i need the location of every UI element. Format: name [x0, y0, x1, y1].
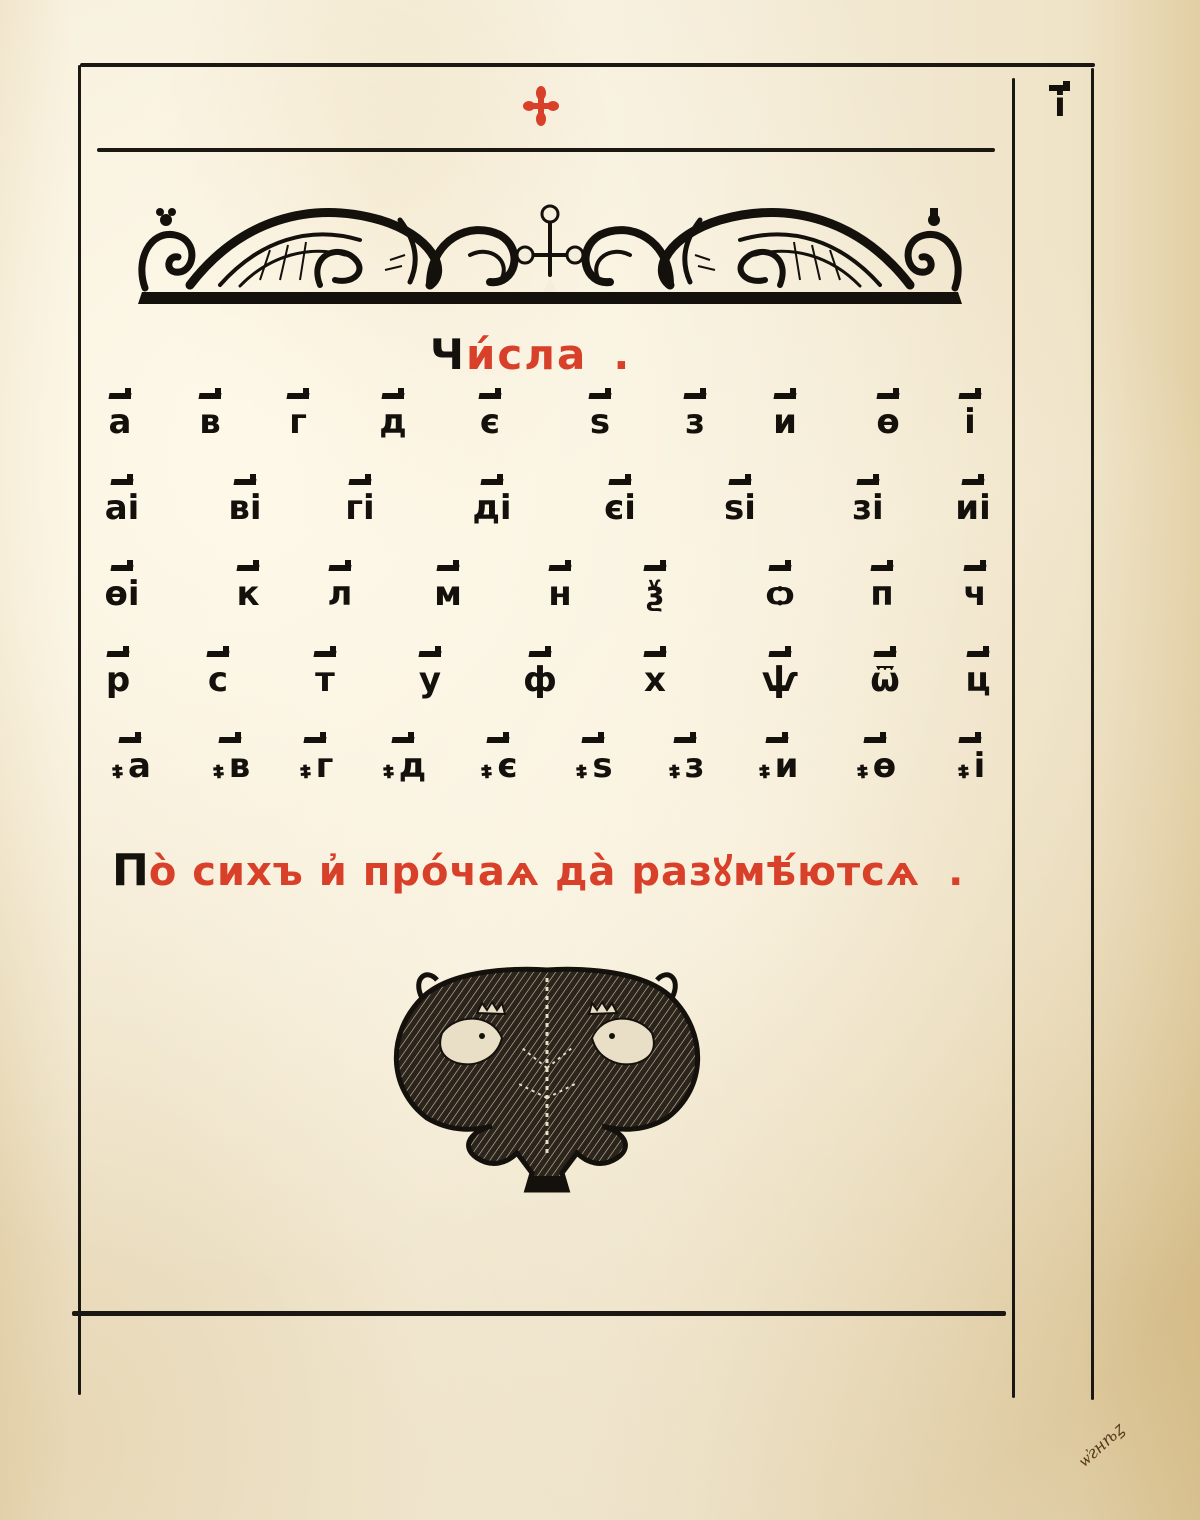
titlo-mark: [644, 560, 666, 574]
numeral-cell: ѳ: [853, 388, 923, 442]
numeral-cell: в: [175, 388, 245, 442]
numeral-cell: ѱ: [745, 646, 815, 700]
titlo-mark: [237, 560, 259, 574]
numeral-row-thousands: ҂а ҂в ҂г ҂д ҂є ҂ѕ ҂з ҂и ҂ѳ ҂і: [95, 732, 995, 818]
numeral-cell: р: [83, 646, 153, 700]
numeral-row-hundreds: р с т у ф х ѱ ѿ ц: [95, 646, 995, 732]
numeral-cell: ҂г: [280, 732, 350, 786]
rubric-line: По̀ сихъ и҆ про́чаѧ да̀ разꙋмѣ́ютсѧ.: [112, 842, 963, 897]
rubric-initial: П: [112, 845, 149, 896]
titlo-mark: [774, 388, 796, 402]
frame-right-outer-rule: [1091, 68, 1094, 1400]
numeral-cell: г: [263, 388, 333, 442]
numeral-cell: иі: [938, 474, 1008, 528]
titlo-mark: [437, 560, 459, 574]
titlo-mark: [582, 732, 604, 746]
titlo-mark: [769, 560, 791, 574]
numeral-cell: д: [358, 388, 428, 442]
titlo-mark: [766, 732, 788, 746]
rubric-text: о̀ сихъ и҆ про́чаѧ да̀ разꙋмѣ́ютсѧ: [149, 849, 920, 895]
numeral-cell: ві: [210, 474, 280, 528]
titlo-mark: [609, 474, 631, 488]
titlo-mark: [119, 732, 141, 746]
titlo-mark: [329, 560, 351, 574]
header-rule: [97, 148, 995, 152]
page-number: і: [1040, 78, 1080, 122]
page-number-glyph: і: [1054, 85, 1066, 125]
numeral-cell: м: [413, 560, 483, 614]
titlo-mark: [234, 474, 256, 488]
titlo-mark: [419, 646, 441, 660]
titlo-mark: [959, 732, 981, 746]
titlo-mark: [967, 646, 989, 660]
titlo-mark: [684, 388, 706, 402]
numeral-cell: ҂в: [195, 732, 265, 786]
numeral-cell: ѿ: [850, 646, 920, 700]
titlo-mark: [769, 646, 791, 660]
titlo-mark: [207, 646, 229, 660]
red-cross-icon: [523, 86, 559, 126]
numeral-cell: с: [183, 646, 253, 700]
numeral-cell: ф: [505, 646, 575, 700]
numeral-cell: ҂д: [368, 732, 438, 786]
titlo-mark: [529, 646, 551, 660]
titlo-mark: [549, 560, 571, 574]
frame-right-inner-rule: [1012, 78, 1015, 1398]
numeral-cell: є: [455, 388, 525, 442]
tailpiece-ornament: [382, 958, 712, 1208]
titlo-mark: [479, 388, 501, 402]
titlo-mark: [109, 388, 131, 402]
numeral-cell: л: [305, 560, 375, 614]
numeral-cell: у: [395, 646, 465, 700]
titlo-mark: [857, 474, 879, 488]
footer-rule: [72, 1311, 1006, 1316]
titlo-mark: [729, 474, 751, 488]
numeral-cell: н: [525, 560, 595, 614]
titlo-mark: [107, 646, 129, 660]
titlo-mark: [392, 732, 414, 746]
titlo-mark: [964, 560, 986, 574]
titlo-mark: [287, 388, 309, 402]
numeral-cell: ѕі: [705, 474, 775, 528]
numeral-cell: ҂ѕ: [558, 732, 628, 786]
numeral-cell: ѕ: [565, 388, 635, 442]
titlo-mark: [487, 732, 509, 746]
numeral-cell: а: [85, 388, 155, 442]
numeral-cell: ҂и: [742, 732, 812, 786]
numeral-cell: ҂а: [95, 732, 165, 786]
titlo-mark: [871, 560, 893, 574]
titlo-mark: [349, 474, 371, 488]
titlo-mark: [111, 560, 133, 574]
titlo-mark: [219, 732, 241, 746]
title-end-mark: .: [613, 330, 631, 379]
numeral-row-teens: аі ві гі ді єі ѕі зі иі: [95, 474, 995, 560]
numeral-cell: зі: [833, 474, 903, 528]
titlo-mark: [962, 474, 984, 488]
numeral-cell: аі: [87, 474, 157, 528]
numeral-table: а в г д є ѕ з и ѳ і аі ві гі ді єі ѕі зі…: [95, 388, 995, 818]
numeral-cell: гі: [325, 474, 395, 528]
titlo-mark: [314, 646, 336, 660]
numeral-cell: ҂з: [650, 732, 720, 786]
titlo-mark: [874, 646, 896, 660]
titlo-mark: [589, 388, 611, 402]
numeral-cell: и: [750, 388, 820, 442]
numeral-cell: ҂і: [935, 732, 1005, 786]
numeral-cell: і: [935, 388, 1005, 442]
numeral-cell: ѻ: [745, 560, 815, 614]
titlo-mark: [674, 732, 696, 746]
numeral-cell: ді: [457, 474, 527, 528]
numeral-cell: ҂ѳ: [840, 732, 910, 786]
headpiece-ornament: [130, 200, 970, 315]
numeral-cell: ц: [943, 646, 1013, 700]
titlo-mark: [877, 388, 899, 402]
numeral-cell: х: [620, 646, 690, 700]
numeral-cell: ч: [940, 560, 1010, 614]
page-title: Чи́сла.: [430, 330, 631, 379]
titlo-mark: [959, 388, 981, 402]
numeral-row-tens: ѳі к л м н ѯ ѻ п ч: [95, 560, 995, 646]
numeral-cell: з: [660, 388, 730, 442]
numeral-cell: ѳі: [87, 560, 157, 614]
titlo-mark: [111, 474, 133, 488]
numeral-cell: п: [847, 560, 917, 614]
title-text: и́сла: [466, 330, 587, 379]
rubric-end-mark: .: [948, 849, 963, 895]
titlo-mark: [864, 732, 886, 746]
numeral-cell: ҂є: [463, 732, 533, 786]
titlo-mark: [199, 388, 221, 402]
numeral-cell: т: [290, 646, 360, 700]
numeral-cell: єі: [585, 474, 655, 528]
titlo-mark: [304, 732, 326, 746]
frame-left-rule: [78, 65, 81, 1395]
numeral-cell: ѯ: [620, 560, 690, 614]
frame-top-rule: [80, 63, 1095, 67]
numeral-row-units: а в г д є ѕ з и ѳ і: [95, 388, 995, 474]
titlo-mark: [382, 388, 404, 402]
titlo-mark: [481, 474, 503, 488]
titlo-mark: [644, 646, 666, 660]
title-initial: Ч: [430, 330, 466, 379]
numeral-cell: к: [213, 560, 283, 614]
